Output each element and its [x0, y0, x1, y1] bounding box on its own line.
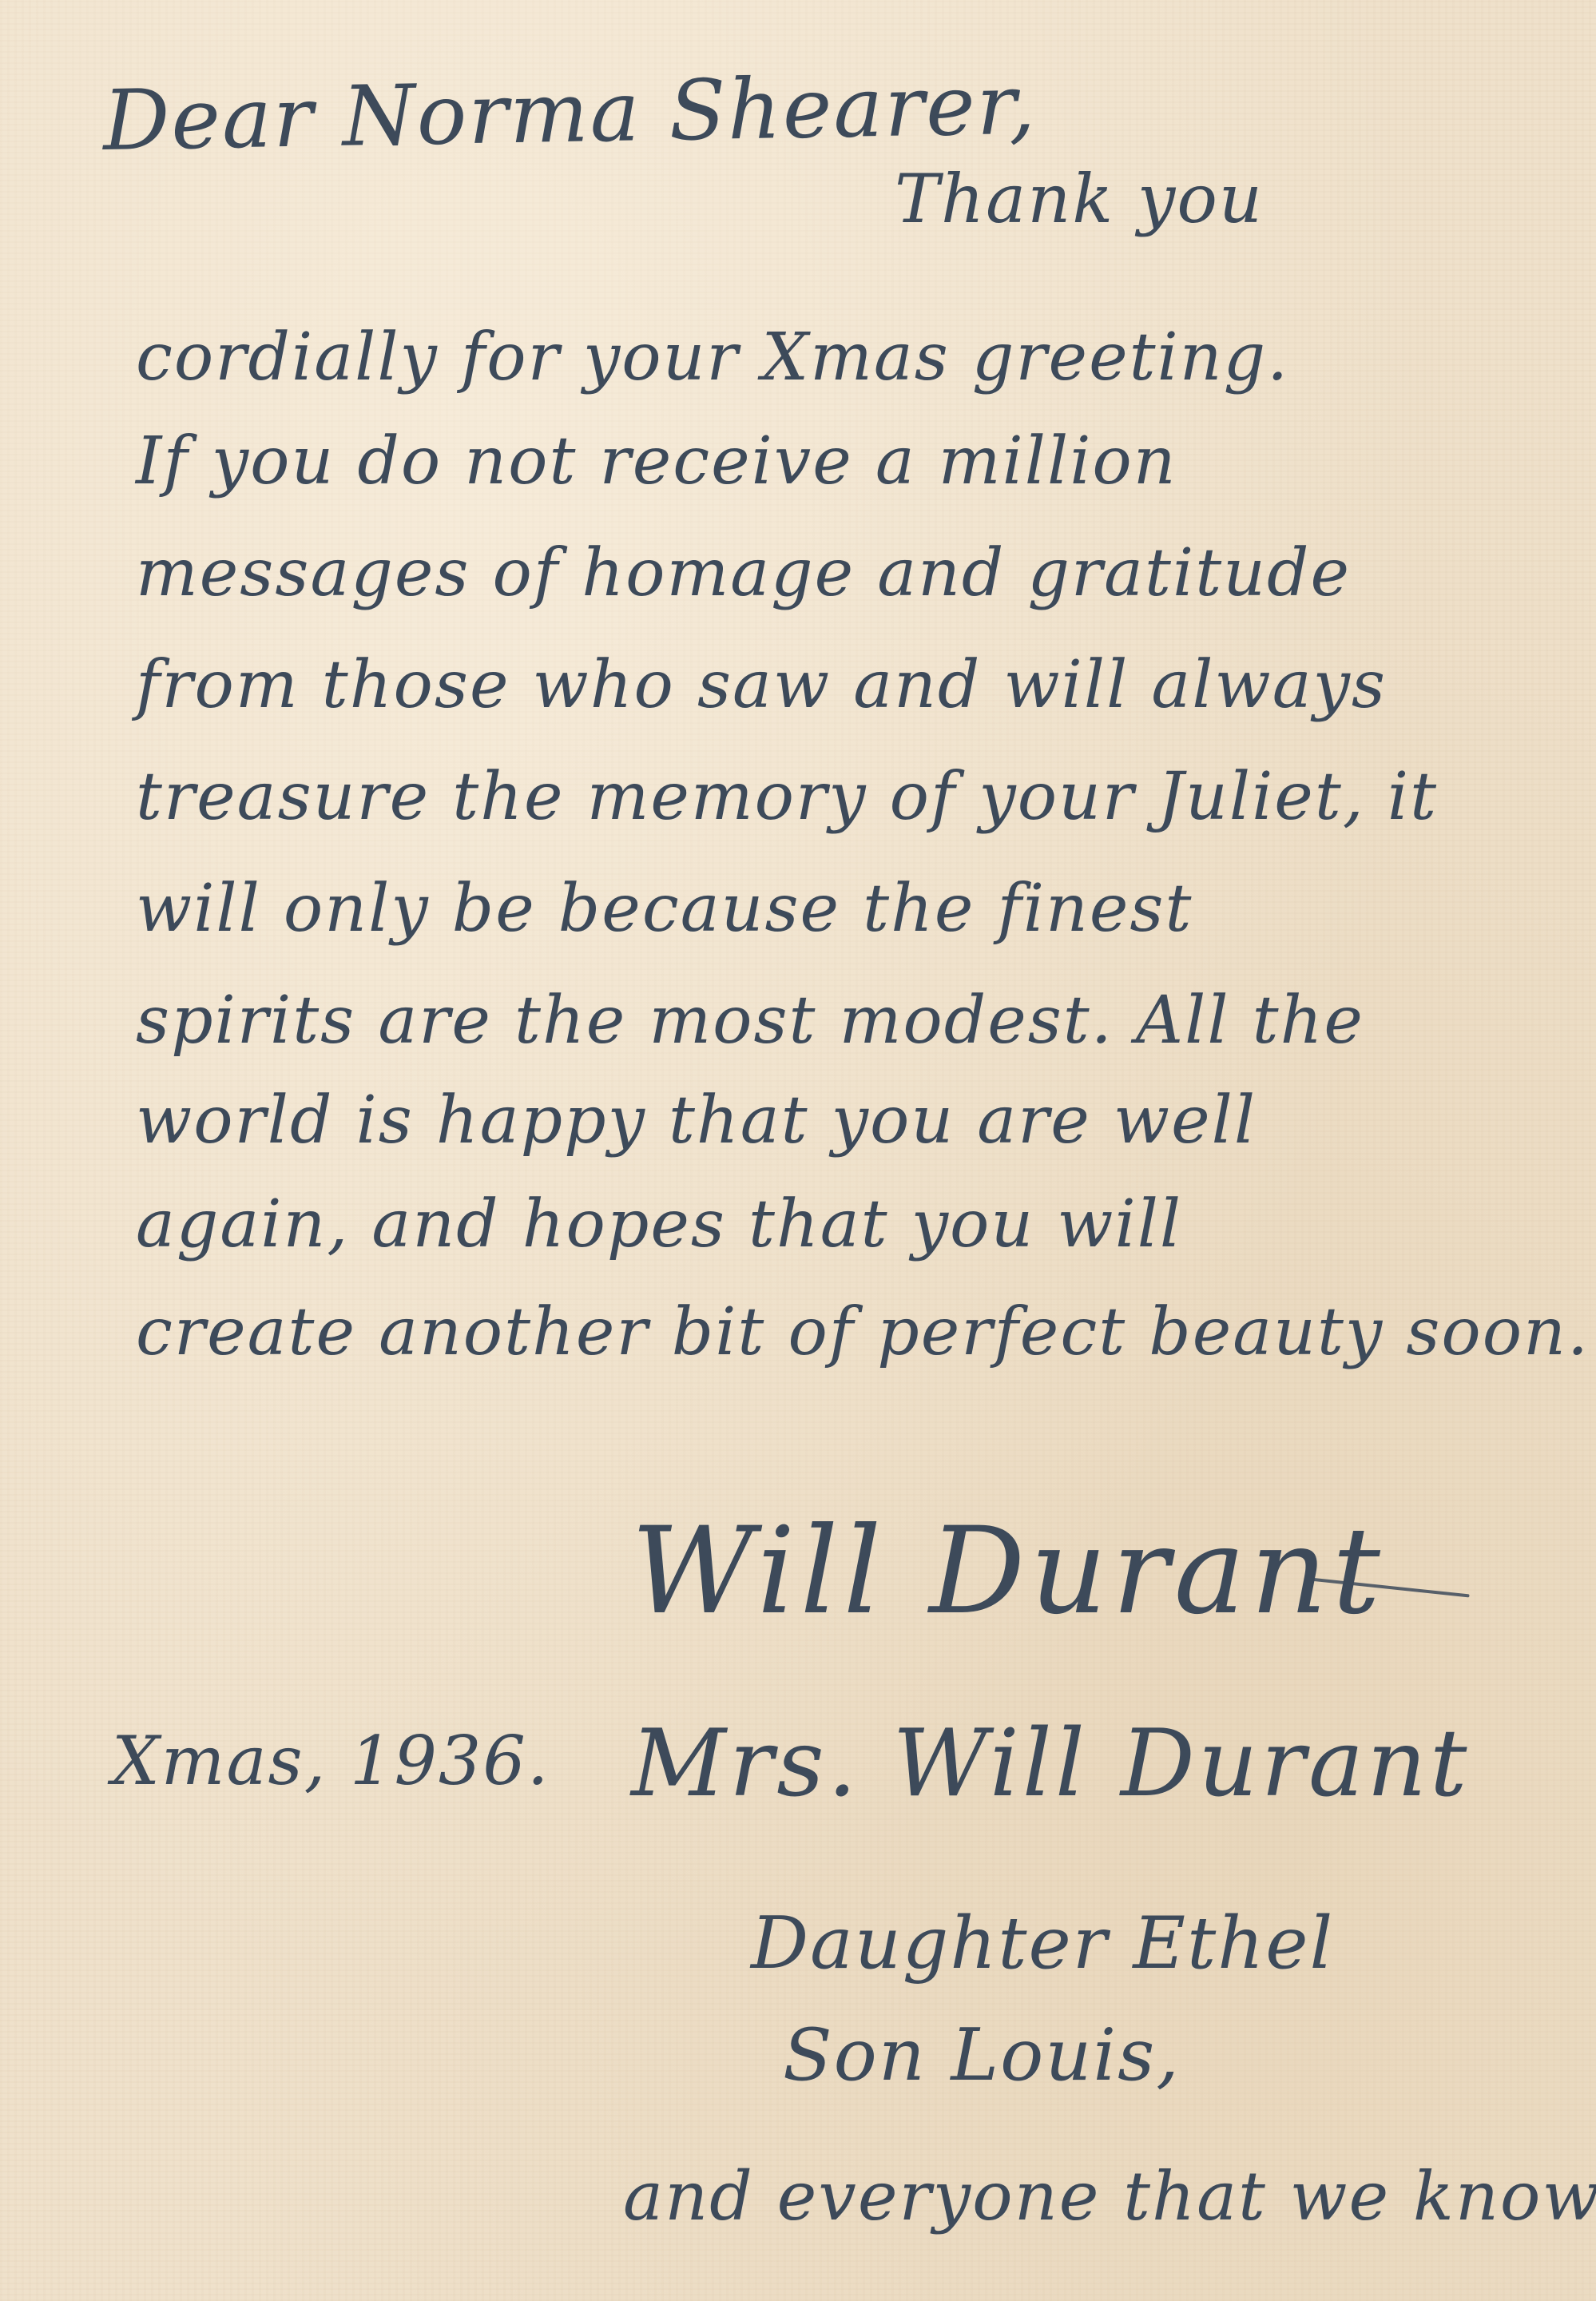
body-line: create another bit of perfect beauty soo…: [136, 1294, 1590, 1370]
cosigner-son: Son Louis,: [783, 2013, 1181, 2097]
body-line: treasure the memory of your Juliet, it: [136, 759, 1438, 835]
cosigner-daughter: Daughter Ethel: [751, 1902, 1334, 1985]
body-line: If you do not receive a million: [136, 423, 1177, 499]
letter-paper: Dear Norma Shearer, Thank you cordially …: [0, 0, 1596, 2301]
body-line: messages of homage and gratitude: [136, 535, 1351, 611]
body-line: will only be because the finest: [136, 871, 1193, 947]
cosigner-everyone: and everyone that we know.: [623, 2157, 1596, 2235]
body-line: again, and hopes that you will: [136, 1186, 1182, 1262]
body-line: Thank you: [895, 160, 1264, 238]
body-line: from those who saw and will always: [136, 647, 1387, 723]
body-line: spirits are the most modest. All the: [136, 983, 1364, 1059]
body-line: cordially for your Xmas greeting.: [136, 320, 1289, 395]
letter-date: Xmas, 1936.: [112, 1722, 550, 1800]
signature-will-durant: Will Durant: [631, 1502, 1385, 1641]
signature-mrs-will-durant: Mrs. Will Durant: [631, 1710, 1471, 1818]
salutation: Dear Norma Shearer,: [102, 56, 1038, 169]
body-line: world is happy that you are well: [136, 1083, 1257, 1158]
